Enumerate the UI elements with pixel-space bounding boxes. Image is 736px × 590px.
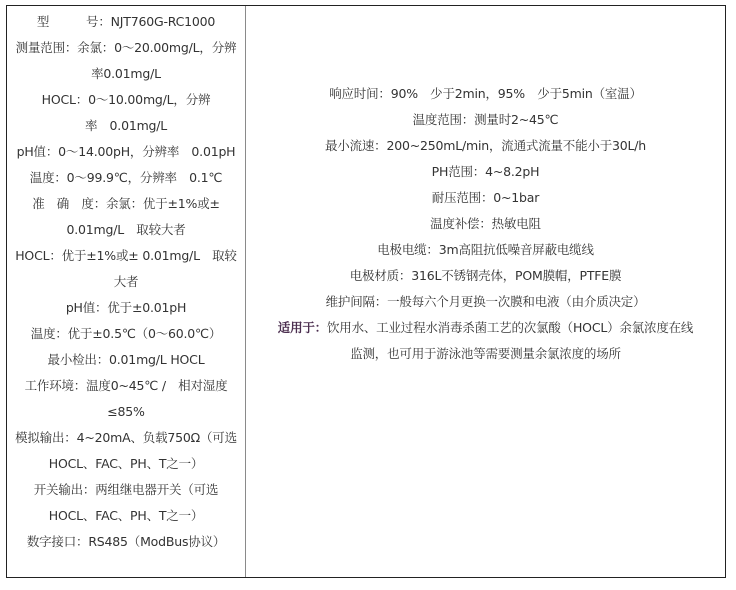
spec-line-application-cont: 监测，也可用于游泳池等需要测量余氯浓度的场所 (246, 341, 725, 367)
spec-line-hocl-range: HOCL：0～10.00mg/L，分辨 (7, 87, 245, 113)
spec-line-accuracy: 准 确 度：余氯：优于±1%或± (7, 191, 245, 217)
spec-line-temp-accuracy: 温度：优于±0.5℃（0～60.0℃） (7, 321, 245, 347)
spec-line-ph-accuracy: pH值：优于±0.01pH (7, 295, 245, 321)
spec-line-ph-working-range: PH范围：4~8.2pH (246, 159, 725, 185)
spec-left-column: 型 号：NJT760G-RC1000 测量范围：余氯：0～20.00mg/L，分… (7, 6, 246, 577)
spec-line-environment-cont: ≤85% (7, 399, 245, 425)
spec-table: 型 号：NJT760G-RC1000 测量范围：余氯：0～20.00mg/L，分… (6, 5, 726, 578)
spec-line-temp-range: 温度：0～99.9℃，分辨率 0.1℃ (7, 165, 245, 191)
application-label: 适用于： (278, 320, 327, 335)
spec-line-hocl-accuracy: HOCL：优于±1%或± 0.01mg/L 取较 (7, 243, 245, 269)
application-text: 饮用水、工业过程水消毒杀菌工艺的次氯酸（HOCL）余氯浓度在线 (327, 320, 693, 335)
spec-line-model: 型 号：NJT760G-RC1000 (7, 9, 245, 35)
spec-line-temp-comp: 温度补偿：热敏电阻 (246, 211, 725, 237)
spec-line-min-detect: 最小检出：0.01mg/L HOCL (7, 347, 245, 373)
spec-line-material: 电极材质：316L不锈钢壳体，POM膜帽，PTFE膜 (246, 263, 725, 289)
spec-line-digital-interface: 数字接口：RS485（ModBus协议） (7, 529, 245, 555)
spec-line-maintenance: 维护间隔：一般每六个月更换一次膜和电液（由介质决定） (246, 289, 725, 315)
spec-line-response-time: 响应时间：90% 少于2min，95% 少于5min（室温） (246, 81, 725, 107)
spec-right-column: 响应时间：90% 少于2min，95% 少于5min（室温） 温度范围：测量时2… (246, 6, 725, 577)
spec-line-ph-range: pH值：0～14.00pH，分辨率 0.01pH (7, 139, 245, 165)
spec-line-analog-output: 模拟输出：4~20mA、负载750Ω（可选 (7, 425, 245, 451)
spec-line-application: 适用于：饮用水、工业过程水消毒杀菌工艺的次氯酸（HOCL）余氯浓度在线 (246, 315, 725, 341)
spec-line-accuracy-cont: 0.01mg/L 取较大者 (7, 217, 245, 243)
spec-line-switch-output-cont: HOCL、FAC、PH、T之一） (7, 503, 245, 529)
spec-line-operating-temp: 温度范围：测量时2~45℃ (246, 107, 725, 133)
spec-line-environment: 工作环境：温度0~45℃ / 相对湿度 (7, 373, 245, 399)
spec-line-hocl-range-cont: 率 0.01mg/L (7, 113, 245, 139)
spec-line-min-flow: 最小流速：200~250mL/min，流通式流量不能小于30L/h (246, 133, 725, 159)
spec-line-pressure: 耐压范围：0~1bar (246, 185, 725, 211)
spec-line-hocl-accuracy-cont: 大者 (7, 269, 245, 295)
spec-line-range: 测量范围：余氯：0～20.00mg/L，分辨 (7, 35, 245, 61)
spec-line-analog-output-cont: HOCL、FAC、PH、T之一） (7, 451, 245, 477)
spec-line-cable: 电极电缆：3m高阻抗低噪音屏蔽电缆线 (246, 237, 725, 263)
spec-line-switch-output: 开关输出：两组继电器开关（可选 (7, 477, 245, 503)
spec-line-range-cont: 率0.01mg/L (7, 61, 245, 87)
